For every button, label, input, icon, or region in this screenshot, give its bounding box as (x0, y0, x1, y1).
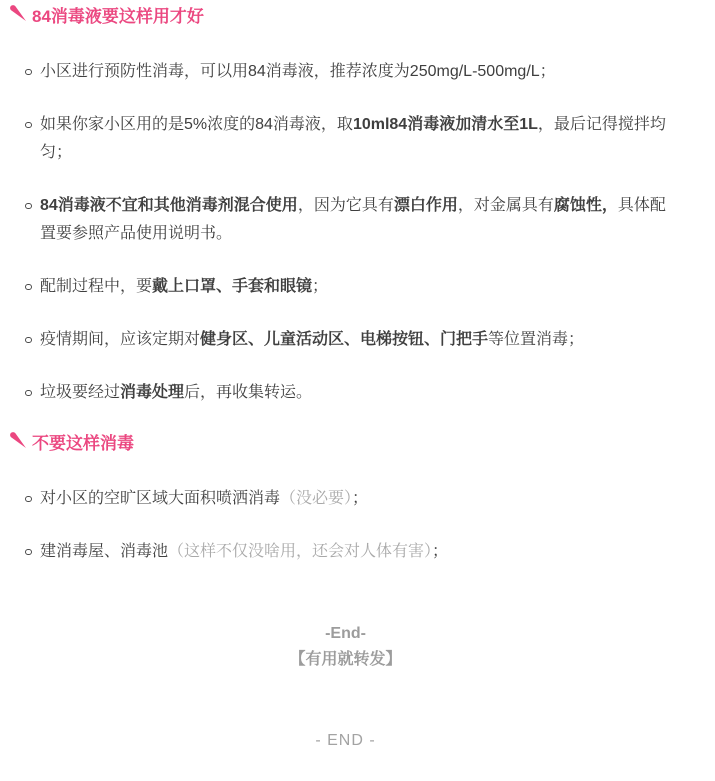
text-run: 对小区的空旷区域大面积喷洒消毒 (40, 490, 280, 507)
text-run: （这样不仅没啥用，还会对人体有害） (168, 543, 432, 560)
text-run: ； (312, 278, 328, 295)
text-run: ，对金属具有 (458, 197, 554, 214)
text-run: 漂白作用 (394, 197, 458, 214)
footer: -End- 【有用就转发】 - END - (10, 621, 681, 754)
text-run: ，因为它具有 (298, 197, 394, 214)
list-item: 建消毒屋、消毒池（这样不仅没啥用，还会对人体有害）； (10, 538, 678, 566)
text-run: 消毒处理 (120, 384, 184, 401)
text-run: 84消毒液不宜和其他消毒剂混合使用 (40, 197, 298, 214)
article-sections: 84消毒液要这样用才好小区进行预防性消毒，可以用84消毒液，推荐浓度为250mg… (10, 5, 690, 566)
end-caps-label: - END - (10, 728, 681, 754)
section-2: 不要这样消毒对小区的空旷区域大面积喷洒消毒（没必要）；建消毒屋、消毒池（这样不仅… (10, 432, 690, 566)
text-run: 垃圾要经过 (40, 384, 120, 401)
list-item: 84消毒液不宜和其他消毒剂混合使用，因为它具有漂白作用，对金属具有腐蚀性，具体配… (10, 192, 678, 248)
article-page: 84消毒液要这样用才好小区进行预防性消毒，可以用84消毒液，推荐浓度为250mg… (0, 0, 715, 754)
bullet-list: 对小区的空旷区域大面积喷洒消毒（没必要）；建消毒屋、消毒池（这样不仅没啥用，还会… (10, 485, 690, 566)
text-run: 小区进行预防性消毒，可以用84消毒液，推荐浓度为250mg/L-500mg/L； (40, 63, 556, 80)
text-run: 健身区、儿童活动区、电梯按钮、门把手 (200, 331, 488, 348)
text-run: （没必要） (280, 490, 352, 507)
text-run: 如果你家小区用的是5%浓度的84消毒液，取 (40, 116, 353, 133)
end-label: -End- (10, 621, 681, 647)
section-heading: 84消毒液要这样用才好 (10, 5, 690, 28)
list-item: 小区进行预防性消毒，可以用84消毒液，推荐浓度为250mg/L-500mg/L； (10, 58, 678, 86)
text-run: 配制过程中，要 (40, 278, 152, 295)
brush-stroke-icon (10, 5, 27, 28)
list-item: 疫情期间，应该定期对健身区、儿童活动区、电梯按钮、门把手等位置消毒； (10, 326, 678, 354)
text-run: 疫情期间，应该定期对 (40, 331, 200, 348)
list-item: 垃圾要经过消毒处理后，再收集转运。 (10, 379, 678, 407)
section-1: 84消毒液要这样用才好小区进行预防性消毒，可以用84消毒液，推荐浓度为250mg… (10, 5, 690, 407)
section-title: 不要这样消毒 (32, 433, 134, 455)
bullet-list: 小区进行预防性消毒，可以用84消毒液，推荐浓度为250mg/L-500mg/L；… (10, 58, 690, 407)
list-item: 对小区的空旷区域大面积喷洒消毒（没必要）； (10, 485, 678, 513)
text-run: ； (352, 490, 368, 507)
text-run: 腐蚀性， (554, 197, 618, 214)
list-item: 如果你家小区用的是5%浓度的84消毒液，取10ml84消毒液加清水至1L，最后记… (10, 111, 678, 167)
brush-stroke-icon (10, 432, 27, 455)
text-run: ； (432, 543, 448, 560)
text-run: 等位置消毒； (488, 331, 584, 348)
text-run: 后，再收集转运。 (184, 384, 312, 401)
list-item: 配制过程中，要戴上口罩、手套和眼镜； (10, 273, 678, 301)
text-run: 10ml84消毒液加清水至1L (353, 116, 538, 133)
section-heading: 不要这样消毒 (10, 432, 690, 455)
section-title: 84消毒液要这样用才好 (32, 6, 204, 28)
share-prompt-label: 【有用就转发】 (10, 647, 681, 673)
text-run: 建消毒屋、消毒池 (40, 543, 168, 560)
text-run: 戴上口罩、手套和眼镜 (152, 278, 312, 295)
